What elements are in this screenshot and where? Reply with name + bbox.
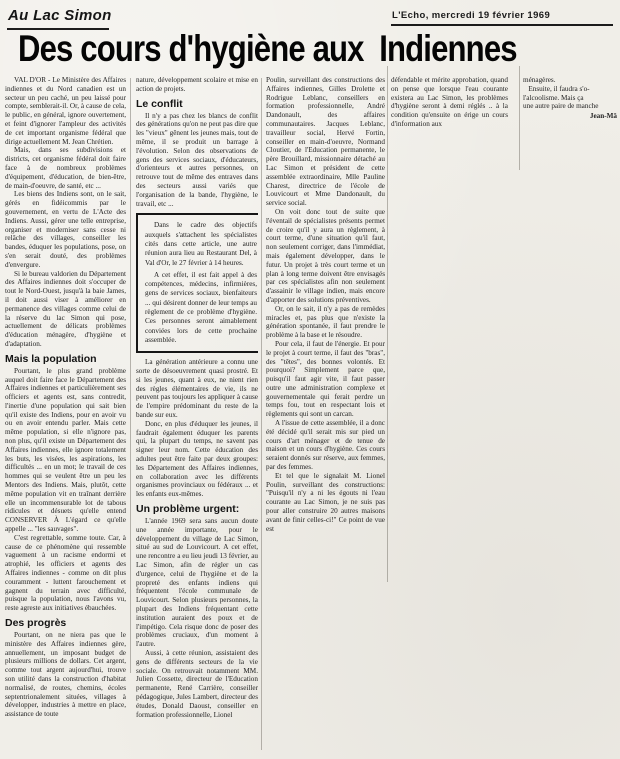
body-paragraph: Mais, dans ses subdivisions et districts…: [5, 146, 126, 190]
article-column-1: VAL D'OR - Le Ministère des Affaires ind…: [5, 76, 126, 757]
announcement-box: Dans le cadre des objectifs auxquels s'a…: [136, 213, 258, 353]
box-paragraph: Dans le cadre des objectifs auxquels s'a…: [145, 221, 257, 267]
body-paragraph: Pourtant, on ne niera pas que le ministè…: [5, 631, 126, 719]
article-column-3: Poulin, surveillant des constructions de…: [266, 76, 385, 757]
headline: Des cours d'hygiène aux Indiennes: [18, 30, 606, 69]
body-paragraph: VAL D'OR - Le Ministère des Affaires ind…: [5, 76, 126, 146]
body-paragraph: L'année 1969 sera sans aucun doute une a…: [136, 517, 258, 649]
body-paragraph: nature, développement scolaire et mise e…: [136, 76, 258, 94]
section-heading: Mais la population: [5, 353, 126, 365]
section-heading: Le conflit: [136, 98, 258, 110]
body-paragraph: Si le bureau valdorien du Département de…: [5, 270, 126, 349]
body-paragraph: Donc, en plus d'éduquer les jeunes, il f…: [136, 420, 258, 499]
body-paragraph: Pour cela, il faut de l'énergie. Et pour…: [266, 340, 385, 419]
article-column-2: nature, développement scolaire et mise e…: [136, 76, 258, 757]
body-paragraph: C'est regrettable, somme toute. Car, à c…: [5, 534, 126, 613]
box-paragraph: A cet effet, il est fait appel à des com…: [145, 271, 257, 345]
body-paragraph: La génération antérieure a connu une sor…: [136, 358, 258, 420]
column-rule: [261, 78, 262, 750]
body-paragraph: Et tel que le signalait M. Lionel Poulin…: [266, 472, 385, 534]
clipped-text: ménagères. Ensuite, il faudra s'o- l'alc…: [523, 76, 619, 111]
article-column-4: défendable et mérite approbation, quand …: [391, 76, 508, 757]
column-rule: [519, 66, 520, 170]
dateline: L'Echo, mercredi 19 février 1969: [392, 10, 550, 21]
column-rule: [130, 78, 131, 673]
body-paragraph: défendable et mérite approbation, quand …: [391, 76, 508, 129]
kicker: Au Lac Simon: [8, 7, 112, 24]
body-paragraph: Les biens des Indiens sont, on le sait, …: [5, 190, 126, 269]
section-heading: Un problème urgent:: [136, 503, 258, 515]
byline: Jean-Mâ: [523, 112, 617, 121]
body-paragraph: Pourtant, le plus grand problème auquel …: [5, 367, 126, 534]
body-paragraph: Il n'y a pas chez les blancs de conflit …: [136, 112, 258, 209]
article-column-5: ménagères. Ensuite, il faudra s'o- l'alc…: [523, 76, 619, 757]
dateline-rule: [391, 24, 613, 26]
body-paragraph: On voit donc tout de suite que l'éventai…: [266, 208, 385, 305]
body-paragraph: Aussi, à cette réunion, assistaient des …: [136, 649, 258, 719]
body-paragraph: Or, on le sait, il n'y a pas de remèdes …: [266, 305, 385, 340]
body-paragraph: Poulin, surveillant des constructions de…: [266, 76, 385, 208]
newspaper-page: { "page": { "kicker": "Au Lac Simon", "d…: [0, 0, 620, 759]
column-rule: [387, 66, 388, 582]
body-paragraph: A l'issue de cette assemblée, il a donc …: [266, 419, 385, 472]
section-heading: Des progrès: [5, 617, 126, 629]
